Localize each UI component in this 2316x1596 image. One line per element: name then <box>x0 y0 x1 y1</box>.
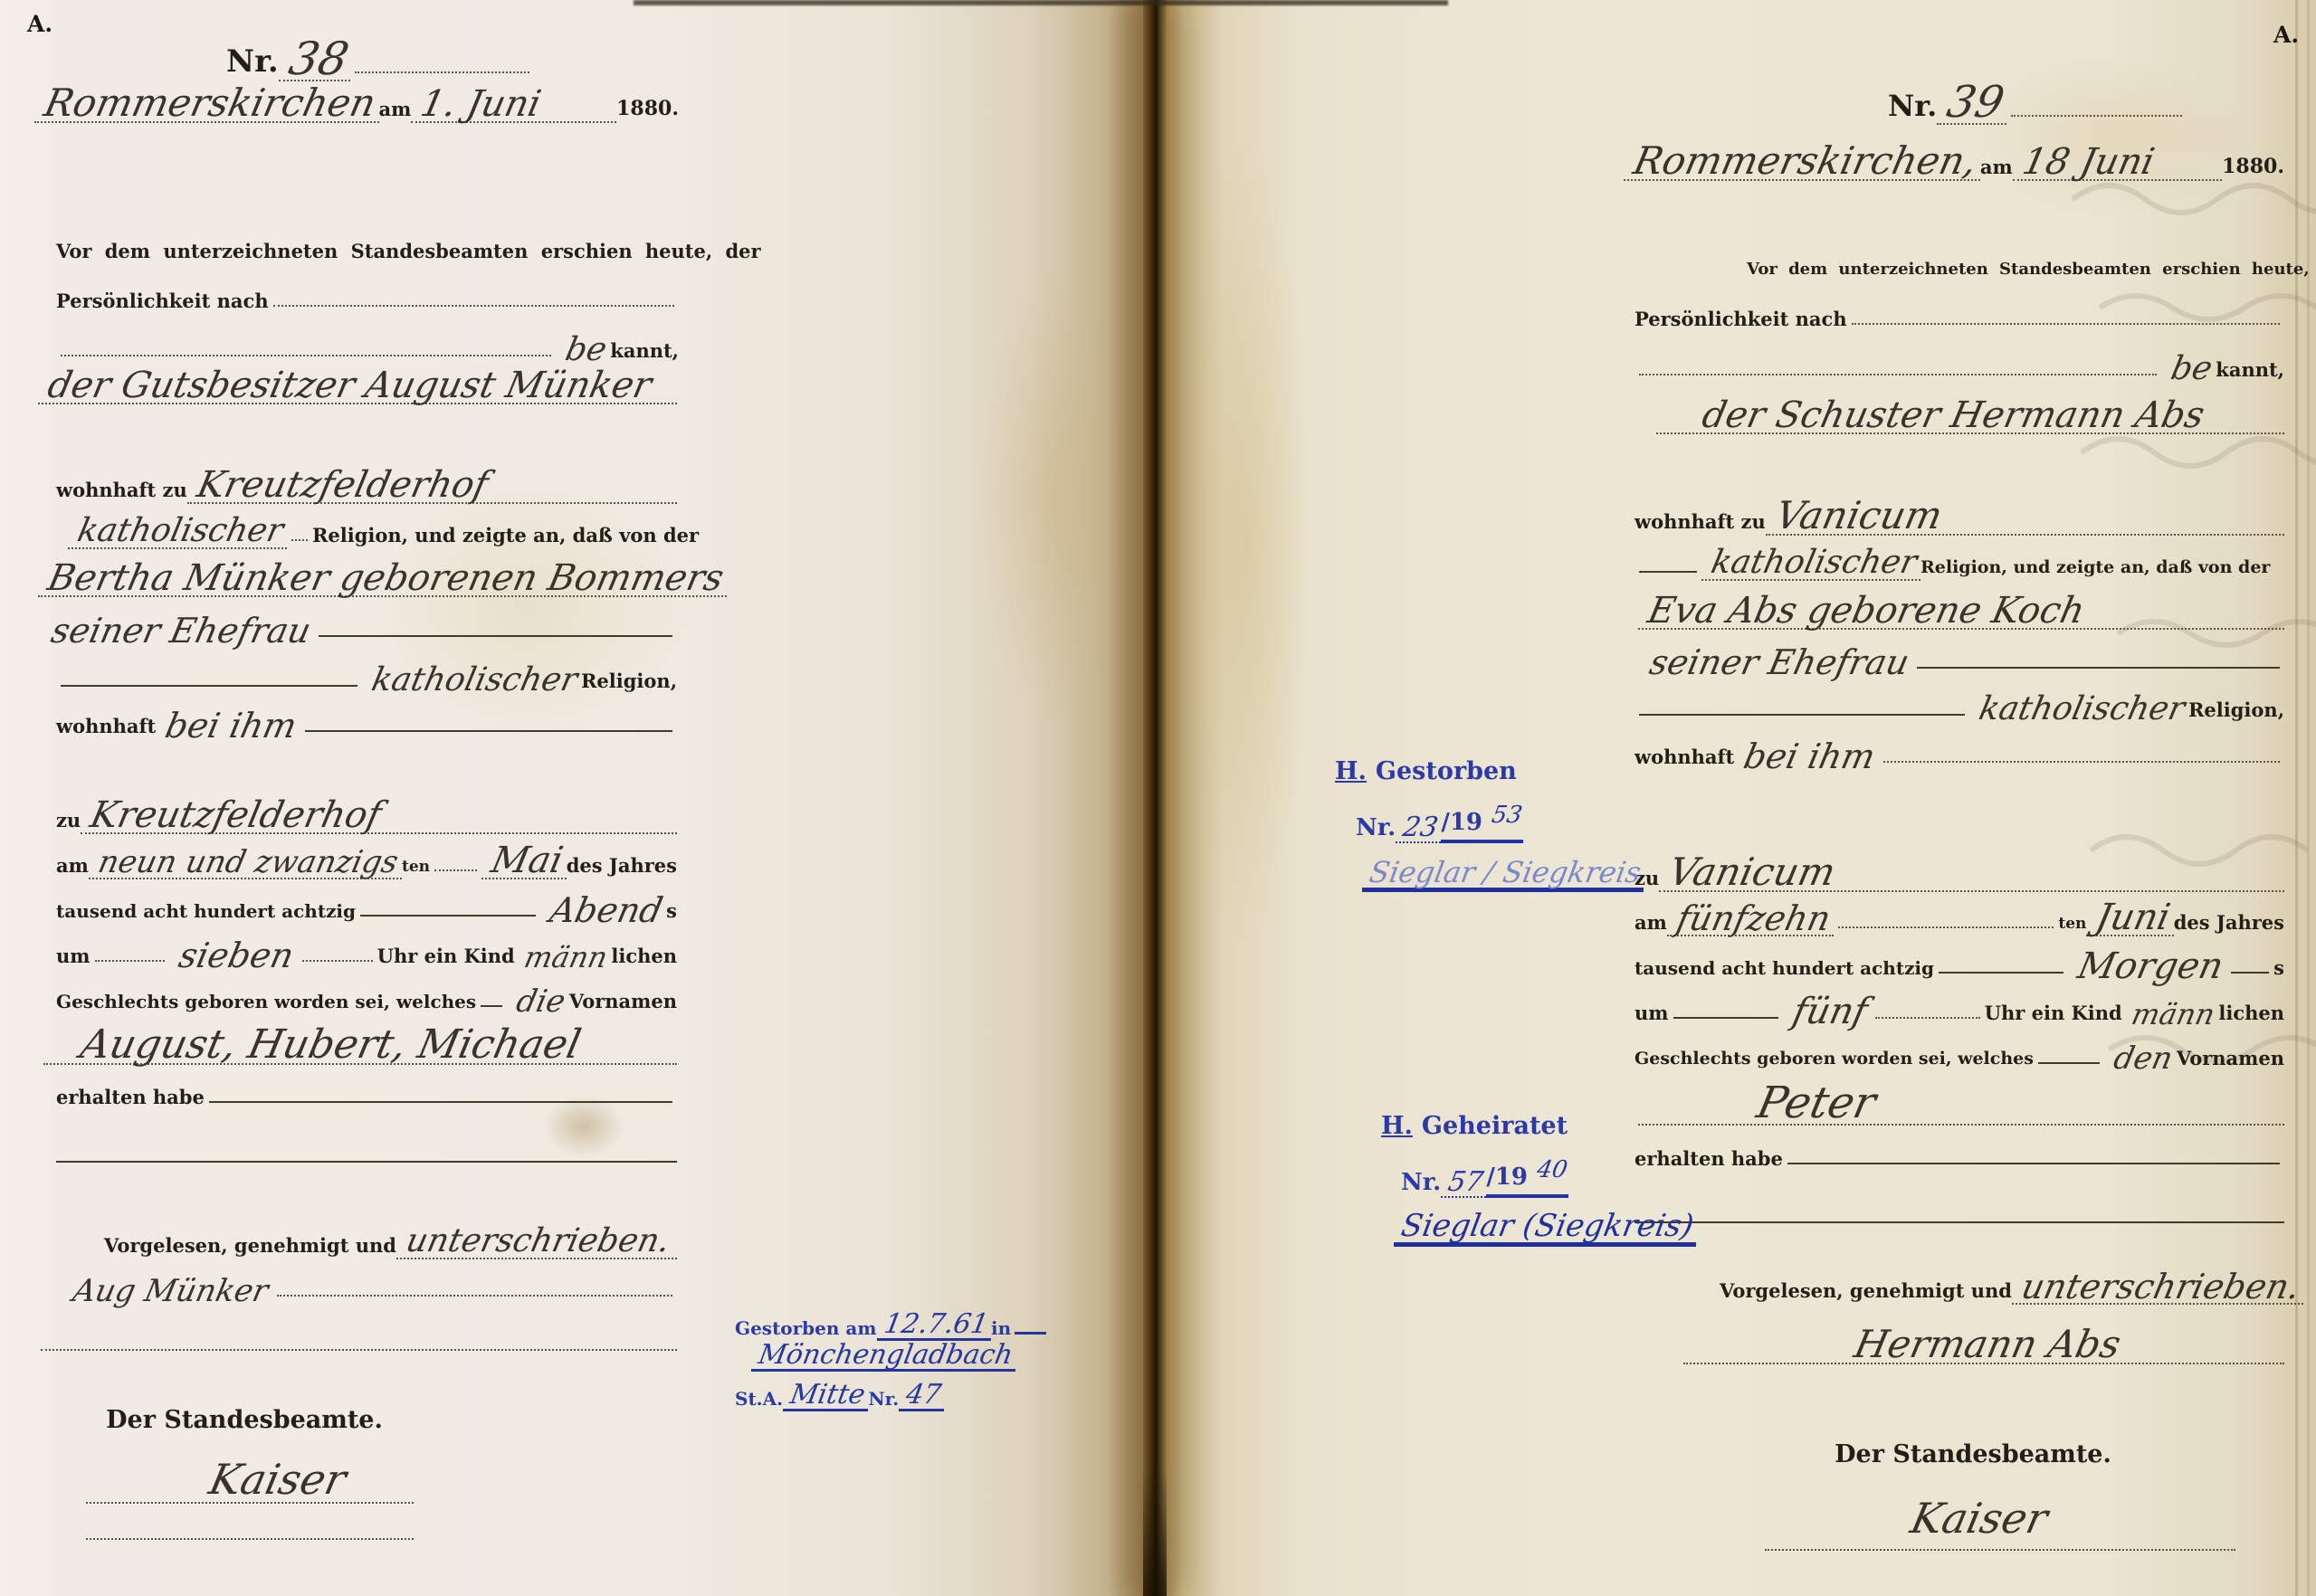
right-child-names-row: Peter <box>1638 1069 2284 1126</box>
left-registrar-signature-row: Kaiser <box>199 1443 453 1497</box>
marriage-note-year-field: /1940 <box>1486 1165 1568 1198</box>
place-field: Rommerskirchen, <box>1624 145 1980 181</box>
birthplace-value: Vanicum <box>1659 856 1845 888</box>
right-religion1-row: katholischer Religion, und zeigte an, da… <box>1635 536 2284 581</box>
tausend-text: tausend acht hundert achtzig <box>1635 959 1934 982</box>
blank-line <box>1939 968 2063 974</box>
blank-rule <box>1765 1549 2235 1551</box>
marriage-note-nr-label: Nr. <box>1401 1171 1441 1198</box>
des-jahres-label: des Jahres <box>567 856 677 879</box>
registrar-signature: Kaiser <box>199 1462 357 1497</box>
blank-rule <box>1635 1221 2284 1223</box>
death-stamp-place-row: Mönchengladbach <box>751 1332 1014 1372</box>
left-persoenlichkeit-row: Persönlichkeit nach <box>56 270 679 315</box>
residence-field: Vanicum <box>1766 499 2284 536</box>
blank-line <box>273 301 674 307</box>
page-edge-streak <box>2295 0 2298 1596</box>
declarant-signature: Aug Münker <box>63 1278 278 1305</box>
wohnhaft-label: wohnhaft <box>1635 747 1734 771</box>
right-registrar-signature-row: Kaiser <box>1901 1482 2154 1536</box>
blank-line <box>1838 923 2054 928</box>
wohnhaft-value: bei ihm <box>156 711 307 740</box>
registrar-title: Der Standesbeamte. <box>106 1408 383 1437</box>
left-declarant-signature-row: Aug Münker <box>63 1259 677 1305</box>
right-hour-row: um fünf Uhr ein Kind männ lichen <box>1635 982 2284 1027</box>
page-edge-streak <box>2307 0 2310 1596</box>
marriage-note-place-field: Sieglar (Siegkreis) <box>1394 1212 1696 1247</box>
right-geschlecht-row: Geschlechts geboren worden sei, welches … <box>1635 1027 2284 1072</box>
right-declarant-row: der Schuster Hermann Abs <box>1656 384 2284 434</box>
tausend-text: tausend acht hundert achtzig <box>56 902 356 925</box>
closing-printed: Vorgelesen, genehmigt und <box>104 1236 396 1259</box>
residence-value: Vanicum <box>1766 499 1952 532</box>
left-year-row: tausend acht hundert achtzig Abend s <box>56 879 677 925</box>
register-book-scan: A. Nr. 38 Rommerskirchen am 1. Juni 1880… <box>0 0 2316 1596</box>
margin-death-note-title: H. Gestorben <box>1335 747 1570 787</box>
daytime-value: Abend <box>540 896 672 925</box>
date-field: 18 Juni <box>2013 147 2222 181</box>
child-names-field: August, Hubert, Michael <box>43 1028 677 1065</box>
declarant-signature: Hermann Abs <box>1844 1328 2130 1361</box>
death-stamp-sta-label: St.A. <box>735 1390 783 1411</box>
blank-line <box>305 727 672 732</box>
right-intro-row: Vor dem unterzeichneten Standesbeamten e… <box>1747 237 2286 282</box>
mother-field: Bertha Münker geborenen Bommers <box>38 563 727 597</box>
gender-printed: lichen <box>2218 1003 2284 1027</box>
relation-value: seiner Ehefrau <box>42 616 320 645</box>
am-label: am <box>1980 157 2013 181</box>
month-field: Mai <box>481 845 567 879</box>
right-birthday-row: am fünfzehn ten Juni des Jahres <box>1635 891 2284 936</box>
death-note-place-field: Sieglar / Siegkreis <box>1362 860 1644 892</box>
place-value: Rommerskirchen <box>34 87 386 119</box>
birthday-value: neun und zwanzigs <box>89 850 407 876</box>
right-religion2-row: katholischer Religion, <box>1635 679 2284 724</box>
death-note-place-value: Sieglar / Siegkreis <box>1362 860 1648 886</box>
intro-text: Vor dem unterzeichneten Standesbeamten e… <box>56 242 761 265</box>
birthplace-field: Kreutzfelderhof <box>81 800 677 834</box>
declarant-signature-field: Hermann Abs <box>1683 1328 2284 1364</box>
year-printed: 1880. <box>616 99 679 123</box>
left-residence-row: wohnhaft zu Kreutzfelderhof <box>56 453 677 504</box>
article-value: den <box>2104 1046 2182 1072</box>
death-note-year-value: 53 <box>1484 805 1529 826</box>
blank-line <box>481 1002 502 1007</box>
right-year-row: tausend acht hundert achtzig Morgen s <box>1635 936 2284 982</box>
left-mother-row: Bertha Münker geborenen Bommers <box>38 546 677 597</box>
book-top-edge <box>634 0 1448 5</box>
uhr-label: Uhr ein Kind <box>1985 1003 2122 1027</box>
left-intro-row: Vor dem unterzeichneten Standesbeamten e… <box>56 220 679 265</box>
record-number-value: 39 <box>1937 84 2015 121</box>
month-field: Juni <box>2086 902 2173 936</box>
right-place-date-row: Rommerskirchen, am 18 Juni 1880. <box>1624 128 2284 181</box>
nr-label: Nr. <box>1888 91 1937 125</box>
margin-marriage-note-title: H. Geheiratet <box>1381 1102 1616 1142</box>
blank-line <box>61 681 357 687</box>
right-erhalten-row: erhalten habe <box>1635 1127 2284 1173</box>
child-names-field: Peter <box>1638 1085 2284 1126</box>
s-label: s <box>2273 958 2284 982</box>
death-note-year-field: /1953 <box>1441 811 1523 843</box>
mother-value: Bertha Münker geborenen Bommers <box>38 563 733 594</box>
month-value: Mai <box>481 845 573 876</box>
closing-field: unterschrieben. <box>396 1228 677 1259</box>
relation-value: seiner Ehefrau <box>1640 648 1919 677</box>
blank-line <box>434 866 477 871</box>
blank-line <box>2038 1059 2100 1064</box>
um-label: um <box>56 946 91 970</box>
declarant-field: der Schuster Hermann Abs <box>1656 400 2284 434</box>
birthplace-field: Vanicum <box>1659 856 2284 892</box>
persoenlichkeit-label: Persönlichkeit nach <box>1635 309 1847 333</box>
marriage-note-title: Geheiratet <box>1422 1114 1568 1142</box>
left-corner-letter: A. <box>27 11 52 37</box>
blank-rule <box>56 1161 677 1163</box>
blank-line <box>1917 663 2280 669</box>
birthday-field: fünfzehn <box>1667 904 1835 936</box>
margin-death-note-place: Sieglar / Siegkreis <box>1362 847 1625 892</box>
blank-line <box>1639 567 1697 573</box>
right-registrar-title-row: Der Standesbeamte. <box>1837 1426 2109 1471</box>
blank-rule <box>86 1502 414 1504</box>
left-declarant-row: der Gutsbesitzer August Münker <box>38 354 677 404</box>
closing-field: unterschrieben. <box>2012 1272 2303 1305</box>
marriage-note-place-value: Sieglar (Siegkreis) <box>1394 1212 1701 1240</box>
left-erhalten-row: erhalten habe <box>56 1066 677 1111</box>
mother-value: Eva Abs geborene Koch <box>1638 595 2094 626</box>
wohnhaft-label: wohnhaft <box>56 717 156 740</box>
gender-value: männ <box>515 945 616 970</box>
residence-value: Kreutzfelderhof <box>187 470 498 500</box>
mother-field: Eva Abs geborene Koch <box>1638 595 2284 630</box>
left-closing-row: Vorgelesen, genehmigt und unterschrieben… <box>104 1214 677 1259</box>
gender-value: männ <box>2122 1002 2224 1027</box>
marriage-note-year-value: 40 <box>1530 1160 1574 1181</box>
right-record-number-row: Nr. 39 <box>1888 69 2187 125</box>
birthday-field: neun und zwanzigs <box>89 850 402 879</box>
declarant-field: der Gutsbesitzer August Münker <box>38 370 677 404</box>
death-note-title: Gestorben <box>1376 759 1517 787</box>
marriage-note-nr-field: 57 <box>1441 1170 1486 1198</box>
left-religion2-row: katholischer Religion, <box>56 650 677 695</box>
daytime-value: Morgen <box>2068 951 2233 982</box>
right-birthplace-row: zu Vanicum <box>1635 841 2284 892</box>
year-printed: 1880. <box>2222 157 2284 181</box>
right-residence-row: wohnhaft zu Vanicum <box>1635 485 2284 536</box>
right-mother-row: Eva Abs geborene Koch <box>1638 579 2284 630</box>
death-stamp-sta-field: Mitte <box>783 1382 868 1411</box>
death-stamp-nr-field: 47 <box>899 1382 944 1411</box>
death-note-nr-value: 23 <box>1396 815 1445 840</box>
registrar-signature: Kaiser <box>1901 1501 2058 1536</box>
blank-line <box>1883 757 2280 763</box>
death-note-year-printed: /19 <box>1441 811 1482 838</box>
am2-label: am <box>56 856 89 879</box>
religion-value: katholischer <box>68 518 292 546</box>
blank-line <box>2231 968 2269 974</box>
marriage-note-year-printed: /19 <box>1486 1165 1528 1192</box>
blank-rule <box>86 1538 414 1540</box>
left-religion1-row: katholischer Religion, und zeigte an, da… <box>68 504 676 549</box>
religion1-printed: Religion, und zeigte an, daß von der <box>1920 559 2270 581</box>
date-field: 1. Juni <box>411 89 616 123</box>
margin-marriage-note-number: Nr. 57 /1940 <box>1401 1156 1618 1198</box>
margin-marriage-note-place: Sieglar (Siegkreis) <box>1394 1202 1665 1247</box>
gender-printed: lichen <box>611 946 677 970</box>
blank-line <box>319 632 672 637</box>
blank-line <box>1787 1159 2280 1164</box>
date-value: 1. Juni <box>411 89 550 119</box>
margin-death-note-number: Nr. 23 /1953 <box>1356 802 1564 843</box>
death-stamp-place-field: Mönchengladbach <box>751 1343 1015 1372</box>
erhalten-label: erhalten habe <box>1635 1149 1783 1173</box>
right-bekannt-row: be kannt, <box>1635 338 2284 384</box>
registrar-title: Der Standesbeamte. <box>1835 1442 2111 1471</box>
marriage-note-nr-value: 57 <box>1441 1170 1491 1194</box>
place-field: Rommerskirchen <box>34 87 379 123</box>
right-wohnhaft-row: wohnhaft bei ihm <box>1635 726 2284 771</box>
um-label: um <box>1635 1003 1669 1027</box>
left-hour-row: um sieben Uhr ein Kind männ lichen <box>56 925 677 970</box>
closing-value: unterschrieben. <box>396 1228 680 1256</box>
right-declarant-signature-row: Hermann Abs <box>1683 1314 2284 1364</box>
date-value: 18 Juni <box>2013 147 2164 177</box>
left-registrar-title-row: Der Standesbeamte. <box>118 1392 371 1437</box>
left-place-date-row: Rommerskirchen am 1. Juni 1880. <box>34 71 679 123</box>
death-note-nr-field: 23 <box>1396 815 1441 843</box>
intro-text: Vor dem unterzeichneten Standesbeamten e… <box>1747 261 2316 282</box>
left-child-names-row: August, Hubert, Michael <box>43 1009 677 1065</box>
death-stamp-nr-value: 47 <box>899 1382 948 1407</box>
religion2-value: katholischer <box>1969 696 2194 724</box>
death-stamp-sta-value: Mitte <box>783 1382 872 1407</box>
left-birthplace-row: zu Kreutzfelderhof <box>56 784 677 834</box>
wohnhaft-zu-label: wohnhaft zu <box>56 480 187 504</box>
erhalten-label: erhalten habe <box>56 1088 205 1111</box>
record-number-field: 39 <box>1937 84 2006 125</box>
bekannt-printed: kannt, <box>2216 360 2284 384</box>
blank-line <box>95 956 166 962</box>
des-jahres-label: des Jahres <box>2174 913 2284 936</box>
closing-printed: Vorgelesen, genehmigt und <box>1720 1281 2012 1305</box>
blank-line <box>1875 1013 1980 1019</box>
book-gutter-fold <box>1143 0 1167 1596</box>
residence-field: Kreutzfelderhof <box>187 470 677 504</box>
hour-value: fünf <box>1783 996 1877 1027</box>
death-note-prefix: H. <box>1335 759 1367 787</box>
blank-line <box>1639 370 2157 375</box>
am-label: am <box>379 100 412 123</box>
death-stamp-place: Mönchengladbach <box>751 1343 1020 1367</box>
death-note-nr-label: Nr. <box>1356 816 1396 843</box>
blank-line <box>209 1097 672 1103</box>
right-closing-row: Vorgelesen, genehmigt und unterschrieben… <box>1720 1259 2284 1305</box>
wohnhaft-zu-label: wohnhaft zu <box>1635 512 1766 536</box>
blank-line <box>1639 710 1965 716</box>
ten-label: ten <box>402 860 430 879</box>
am2-label: am <box>1635 913 1667 936</box>
closing-value: unterschrieben. <box>2012 1272 2310 1301</box>
ten-label: ten <box>2058 917 2086 936</box>
religion2-value: katholischer <box>362 667 586 695</box>
declarant-value: der Gutsbesitzer August Münker <box>38 370 662 401</box>
right-persoenlichkeit-row: Persönlichkeit nach <box>1635 288 2284 333</box>
blank-line <box>291 536 308 541</box>
religion-field: katholischer <box>68 518 287 549</box>
right-corner-letter: A. <box>2273 22 2299 48</box>
religion2-printed: Religion, <box>2188 700 2284 724</box>
right-relation-row: seiner Ehefrau <box>1640 632 2284 677</box>
hour-value: sieben <box>169 941 303 970</box>
religion-value: katholischer <box>1701 549 1926 577</box>
death-stamp-nr-label: Nr. <box>868 1390 899 1411</box>
birthplace-value: Kreutzfelderhof <box>81 800 391 831</box>
religion2-printed: Religion, <box>581 671 677 695</box>
blank-rule <box>41 1349 677 1351</box>
blank-line <box>360 911 536 917</box>
child-names-value: Peter <box>1747 1085 1886 1122</box>
month-value: Juni <box>2086 902 2180 933</box>
blank-line <box>302 956 373 962</box>
zu-label: zu <box>56 811 81 834</box>
blank-line <box>2011 111 2182 117</box>
place-value: Rommerskirchen, <box>1624 145 1987 177</box>
wohnhaft-value: bei ihm <box>1734 742 1885 771</box>
marriage-note-prefix: H. <box>1381 1114 1413 1142</box>
uhr-label: Uhr ein Kind <box>377 946 515 970</box>
left-wohnhaft-row: wohnhaft bei ihm <box>56 695 677 740</box>
blank-line <box>1852 319 2280 325</box>
declarant-value: der Schuster Hermann Abs <box>1692 400 2214 431</box>
bekannt-hand: be <box>2161 356 2222 384</box>
religion-field: katholischer <box>1701 549 1920 581</box>
left-relation-row: seiner Ehefrau <box>42 600 677 645</box>
child-names-value: August, Hubert, Michael <box>71 1028 591 1061</box>
birthday-value: fünfzehn <box>1667 904 1840 933</box>
left-birthday-row: am neun und zwanzigs ten Mai des Jahres <box>56 834 677 879</box>
blank-line <box>1015 1328 1046 1335</box>
persoenlichkeit-label: Persönlichkeit nach <box>56 291 269 315</box>
blank-line <box>277 1291 672 1297</box>
blank-line <box>1673 1013 1778 1019</box>
death-stamp-sta-row: St.A. Mitte Nr. 47 <box>735 1370 1034 1411</box>
